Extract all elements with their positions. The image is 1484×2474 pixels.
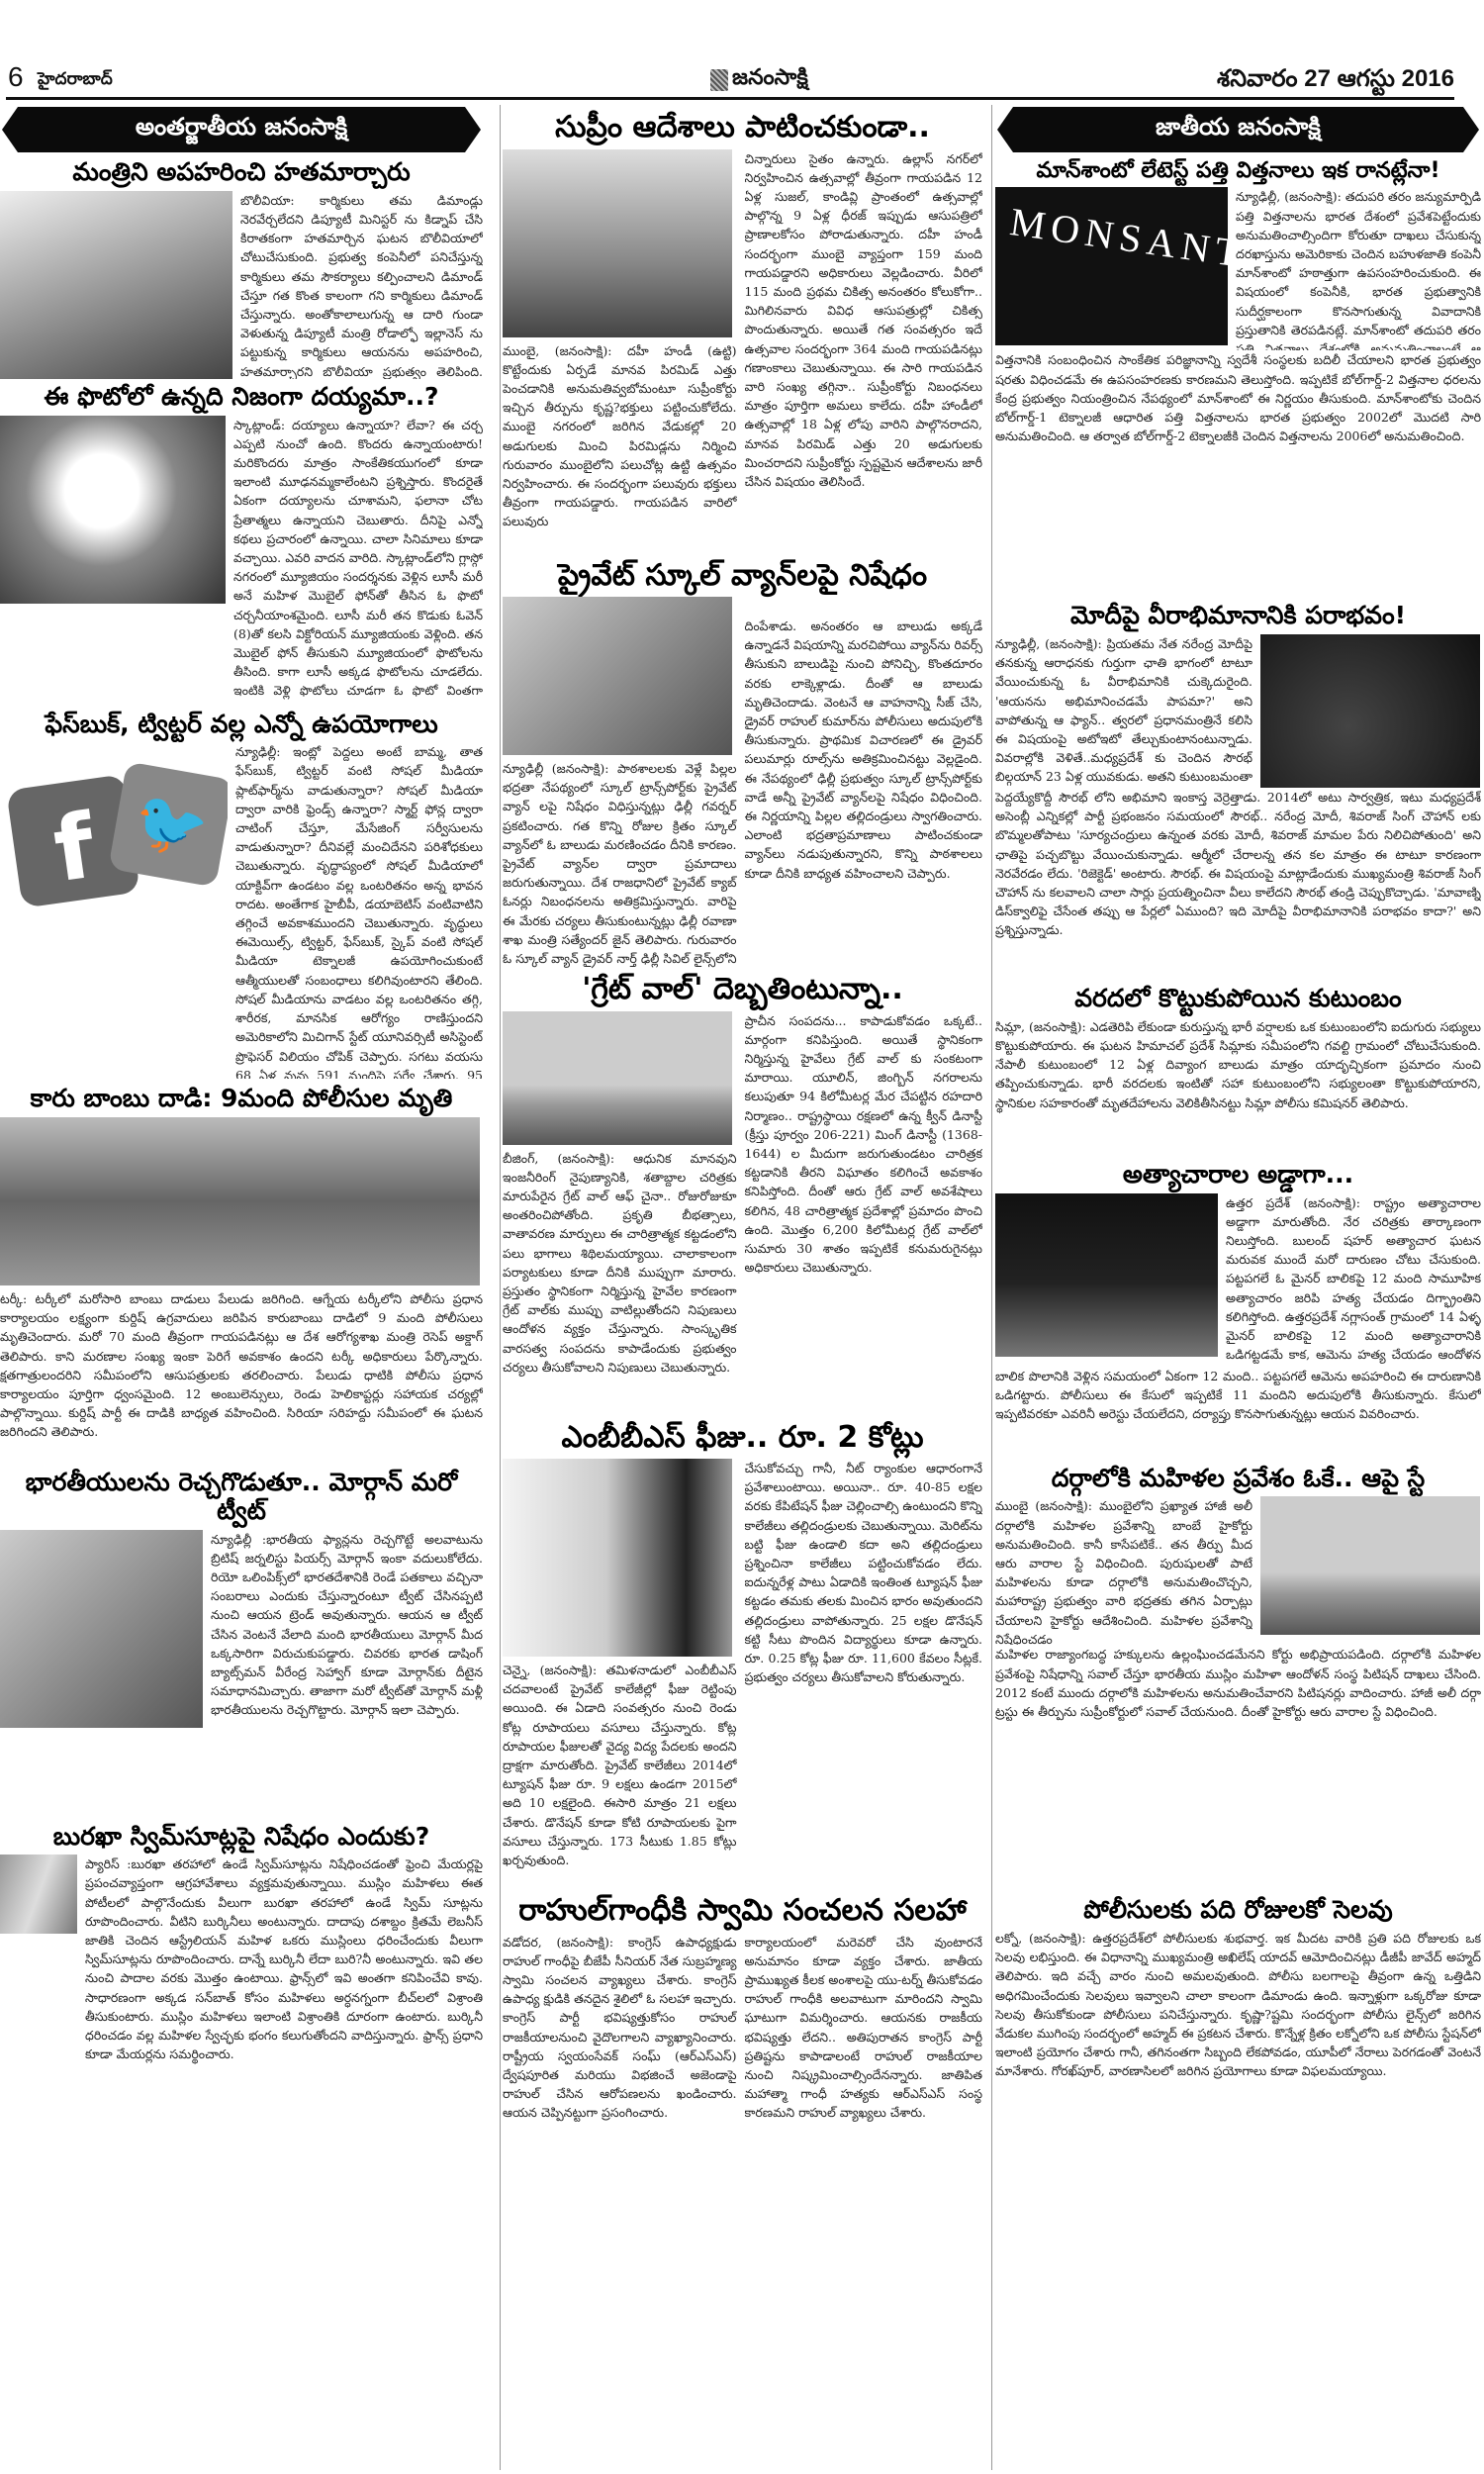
article-modi-fan: మోదీపై వీరాభిమానానికి పరాభవం! న్యూఢిల్లీ… (995, 602, 1481, 981)
article-body-left: చెన్నై, (జనంసాక్షి): తమిళనాడులో ఎంబీబీఎస… (503, 1661, 737, 1888)
headline: మంత్రిని అపహరించి హతమార్చారు (0, 158, 483, 187)
headline: రాహుల్‌గాంధీకి స్వామి సంచలన సలహా (503, 1894, 982, 1929)
morgan-photo (0, 1530, 203, 1728)
minister-photo (0, 191, 232, 379)
issue-date: శనివారం 27 ఆగస్టు 2016 (1217, 65, 1454, 98)
article-body: టర్కీ: టర్కీలో మరోసారి బాంబు దాడులు పేలు… (0, 1289, 483, 1463)
article-body-top: ఉత్తర ప్రదేశ్ (జనంసాక్షి): రాష్ట్రం అత్య… (1226, 1193, 1481, 1367)
stethoscope-photo (503, 1459, 732, 1657)
headline: మాన్‌శాంటో లేటెస్ట్ పత్తి విత్తనాలు ఇక ర… (995, 158, 1481, 183)
logo-text: జనంసాక్షి (732, 65, 808, 95)
article-social-media: ఫేస్‌బుక్, ట్విట్టర్ వల్ల ఎన్నో ఉపయోగాలు… (0, 711, 483, 1080)
headline: సుప్రీం ఆదేశాలు పాటించకుండా.. (503, 111, 982, 145)
article-burkini: బురఖా స్విమ్‌సూట్లపై నిషేధం ఎందుకు? ప్యా… (0, 1823, 483, 2172)
page-number: 6 (8, 61, 24, 93)
headline: కారు బాంబు దాడి: 9మంది పోలీసుల మృతి (0, 1085, 483, 1113)
headline: భారతీయులను రెచ్చగొడుతూ.. మోర్గాన్ మరో ట్… (0, 1469, 483, 1526)
headline: 'గ్రేట్ వాల్' దెబ్బతింటున్నా.. (503, 973, 982, 1007)
article-body-left: బీజింగ్, (జనంసాక్షి): ఆధునిక మానవుని ఇంజ… (503, 1149, 737, 1416)
section-banner-national: జాతీయ జనంసాక్షి (1013, 107, 1463, 152)
article-body-left: వడోదర, (జనంసాక్షి): కాంగ్రెస్ ఉపాధ్యక్షు… (503, 1933, 737, 2131)
facebook-twitter-image: f 🐦 (0, 742, 228, 940)
newspaper-logo: జనంసాక్షి (710, 65, 808, 95)
twitter-icon: 🐦 (108, 762, 228, 888)
international-column: అంతర్జాతీయ జనంసాక్షి మంత్రిని అపహరించి హ… (0, 105, 483, 2470)
article-body-left: ముంబై, (జనంసాక్షి): దహీ హండీ (ఉట్టి) కొట… (503, 341, 737, 554)
article-dahi-handi: సుప్రీం ఆదేశాలు పాటించకుండా.. ముంబై, (జన… (503, 111, 982, 555)
monsanto-caption: MONSANTO (1007, 198, 1228, 282)
article-body-top: న్యూఢిల్లీ, (జనంసాక్షి): తదుపరి తరం జన్య… (1236, 187, 1481, 350)
burkini-photo (0, 1855, 77, 1934)
headline: ఎంబీబీఎస్ ఫీజు.. రూ. 2 కోట్లు (503, 1421, 982, 1456)
article-body-right: చేసుకోవచ్చు గానీ, నీట్ ర్యాంకుల ఆధారంగాన… (745, 1459, 982, 1890)
headline: ప్రైవేట్ స్కూల్ వ్యాన్‌లపై నిషేధం (503, 559, 982, 594)
monsanto-sign-photo: MONSANTO (995, 187, 1228, 345)
center-column: సుప్రీం ఆదేశాలు పాటించకుండా.. ముంబై, (జన… (500, 105, 982, 2470)
headline: మోదీపై వీరాభిమానానికి పరాభవం! (995, 602, 1481, 630)
article-body-right: ప్రాచీన సంపదను... కాపాడుకోవడం ఒక్కటే.. మ… (745, 1011, 982, 1417)
dahi-handi-photo (503, 149, 732, 337)
article-body-bottom: పెద్దయ్యేకొద్దీ సౌరభ్ లోని అభిమాని ఇంకాస… (995, 788, 1481, 981)
headline: వరదలో కొట్టుకుపోయిన కుటుంబం (995, 985, 1481, 1013)
article-minister: మంత్రిని అపహరించి హతమార్చారు బొలీవియా: క… (0, 158, 483, 379)
article-rahul-swamy: రాహుల్‌గాంధీకి స్వామి సంచలన సలహా వడోదర, … (503, 1894, 982, 2131)
tattoo-photo (1260, 634, 1480, 788)
great-wall-photo (503, 1011, 732, 1145)
article-monsanto: మాన్‌శాంటో లేటెస్ట్ పత్తి విత్తనాలు ఇక ర… (995, 158, 1481, 598)
national-column: జాతీయ జనంసాక్షి మాన్‌శాంటో లేటెస్ట్ పత్త… (991, 105, 1481, 2470)
headline: ఈ ఫొటోలో ఉన్నది నిజంగా దయ్యమా..? (0, 383, 483, 412)
bomb-blast-photo (0, 1117, 480, 1285)
article-mbbs-fee: ఎంబీబీఎస్ ఫీజు.. రూ. 2 కోట్లు చెన్నై, (జ… (503, 1421, 982, 1891)
article-body-right: దింపేశాడు. అనంతరం ఆ బాలుడు అక్కడే ఉన్నాడ… (745, 597, 982, 968)
article-body: లక్నో, (జనంసాక్షి): ఉత్తరప్రదేశ్‌లో పోలీ… (995, 1929, 1481, 2117)
masthead: 6 హైదరాబాద్ జనంసాక్షి శనివారం 27 ఆగస్టు … (0, 0, 1484, 99)
article-body: సిమ్లా, (జనంసాక్షి): ఎడతెరిపి లేకుండా కు… (995, 1017, 1481, 1151)
article-body-right: కార్యాలయంలో మరెవరో చేసి వుంటారనే అనుమానం… (745, 1933, 982, 2131)
edition-city: హైదరాబాద్ (38, 69, 113, 93)
headline: బురఖా స్విమ్‌సూట్లపై నిషేధం ఎందుకు? (0, 1823, 483, 1852)
article-morgan: భారతీయులను రెచ్చగొడుతూ.. మోర్గాన్ మరో ట్… (0, 1469, 483, 1817)
article-body-bottom: బాలిక పొలానికి వెళ్లిన సమయంలో ఏకంగా 12 మ… (995, 1367, 1481, 1461)
article-flood: వరదలో కొట్టుకుపోయిన కుటుంబం సిమ్లా, (జనం… (995, 985, 1481, 1151)
ghost-photo (0, 416, 226, 604)
haji-ali-dargah-photo (1260, 1496, 1480, 1635)
section-banner-international: అంతర్జాతీయ జనంసాక్షి (18, 107, 465, 152)
article-great-wall: 'గ్రేట్ వాల్' దెబ్బతింటున్నా.. బీజింగ్, … (503, 973, 982, 1417)
article-body-top: ముంబై (జనంసాక్షి): ముంబైలోని ప్రఖ్యాత హా… (995, 1496, 1252, 1645)
school-van-photo (503, 597, 732, 755)
headline: దర్గాలోకి మహిళల ప్రవేశం ఓకే.. ఆపై స్టే (995, 1465, 1481, 1493)
article-ghost: ఈ ఫొటోలో ఉన్నది నిజంగా దయ్యమా..? స్కాట్ల… (0, 383, 483, 703)
article-atrocities: అత్యాచారాల అడ్డాగా... ఉత్తర ప్రదేశ్ (జనం… (995, 1161, 1481, 1461)
article-body-top: న్యూఢిల్లీ, (జనంసాక్షి): ప్రియతమ నేత నరే… (995, 634, 1252, 788)
headline: పోలీసులకు పది రోజులకో సెలవు (995, 1896, 1481, 1925)
headline: ఫేస్‌బుక్, ట్విట్టర్ వల్ల ఎన్నో ఉపయోగాలు (0, 711, 483, 739)
silhouettes-photo (995, 1193, 1218, 1357)
article-dargah: దర్గాలోకి మహిళల ప్రవేశం ఓకే.. ఆపై స్టే మ… (995, 1465, 1481, 1893)
headline: అత్యాచారాల అడ్డాగా... (995, 1161, 1481, 1189)
article-school-van: ప్రైవేట్ స్కూల్ వ్యాన్‌లపై నిషేధం న్యూఢి… (503, 559, 982, 970)
article-police-leave: పోలీసులకు పది రోజులకో సెలవు లక్నో, (జనంస… (995, 1896, 1481, 2117)
article-body: బొలీవియా: కార్మికులు తమ డిమాండ్లు నెరవేర… (240, 191, 483, 379)
article-body-bottom: మహిళల రాజ్యాంగబద్ధ హక్కులను ఉల్లంఘించడమే… (995, 1645, 1481, 1892)
article-car-bomb: కారు బాంబు దాడి: 9మంది పోలీసుల మృతి టర్క… (0, 1085, 483, 1463)
logo-icon (710, 69, 728, 91)
article-body-left: న్యూఢిల్లీ (జనంసాక్షి): పాఠశాలలకు వెళ్లే… (503, 759, 737, 969)
article-body-bottom: విత్తనానికి సంబంధించిన సాంకేతిక పరిజ్ఞాన… (995, 350, 1481, 598)
article-body-right: చిన్నారులు సైతం ఉన్నారు. ఉల్లాస్ నగర్‌లో… (745, 149, 982, 555)
masthead-rule (6, 97, 1454, 100)
